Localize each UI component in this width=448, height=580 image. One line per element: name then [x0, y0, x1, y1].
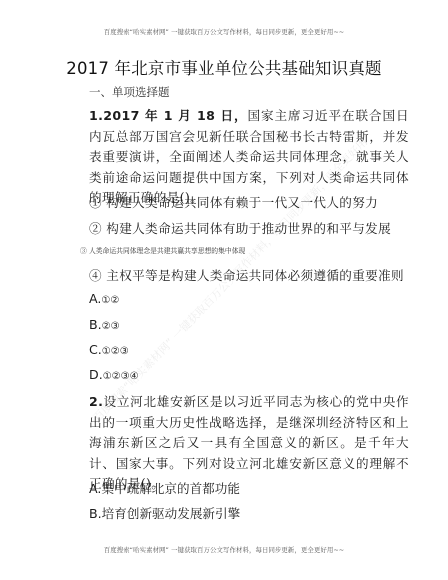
page-title: 2017 年北京市事业单位公共基础知识真题: [0, 55, 448, 79]
q1-option-d: D.①②③④: [89, 367, 139, 382]
option-value: ①②③: [102, 346, 129, 357]
option-value: ②③: [102, 321, 120, 332]
option-value: ①②③④: [103, 371, 139, 382]
option-letter: A.: [89, 291, 101, 306]
option-letter: D.: [89, 367, 103, 382]
question-number: 2.: [89, 394, 103, 409]
q1-option-a: A.①②: [89, 291, 119, 306]
statement-2: ② 构建人类命运共同体有助于推动世界的和平与发展: [89, 218, 391, 237]
option-value: ①②: [101, 295, 119, 306]
question-date: 2017 年 1 月 18 日，: [103, 108, 247, 123]
statement-1: ① 构建人类命运共同体有赖于一代又一代人的努力: [89, 192, 378, 211]
statement-4: ④ 主权平等是构建人类命运共同体必须遵循的重要准则: [89, 265, 404, 284]
q1-option-b: B.②③: [89, 317, 120, 332]
q2-option-b: B.培育创新驱动发展新引擎: [89, 503, 240, 522]
page-footer: 百度搜索“哈实素材网” 一键获取百万公文写作材料，每日同步更新，更全更好用~~: [0, 545, 448, 554]
q1-option-c: C.①②③: [89, 342, 129, 357]
section-heading: 一、单项选择题: [89, 84, 170, 100]
q2-option-a: A.集中疏解北京的首都功能: [89, 478, 240, 497]
option-letter: C.: [89, 342, 102, 357]
statement-3: ③ 人类命运共同体理念是共建共赢共享思想的集中体现: [80, 245, 245, 255]
option-letter: A.: [89, 481, 101, 496]
question-text: 设立河北雄安新区是以习近平同志为核心的党中央作出的一项重大历史性战略选择，是继深…: [89, 394, 409, 491]
option-letter: B.: [89, 317, 102, 332]
option-value: 集中疏解北京的首都功能: [101, 481, 240, 496]
question-number: 1.: [89, 108, 103, 123]
page-header: 百度搜索“哈实素材网” 一键获取百万公文写作材料，每日同步更新，更全更好用~~: [0, 27, 448, 36]
option-value: 培育创新驱动发展新引擎: [102, 506, 241, 521]
option-letter: B.: [89, 506, 102, 521]
